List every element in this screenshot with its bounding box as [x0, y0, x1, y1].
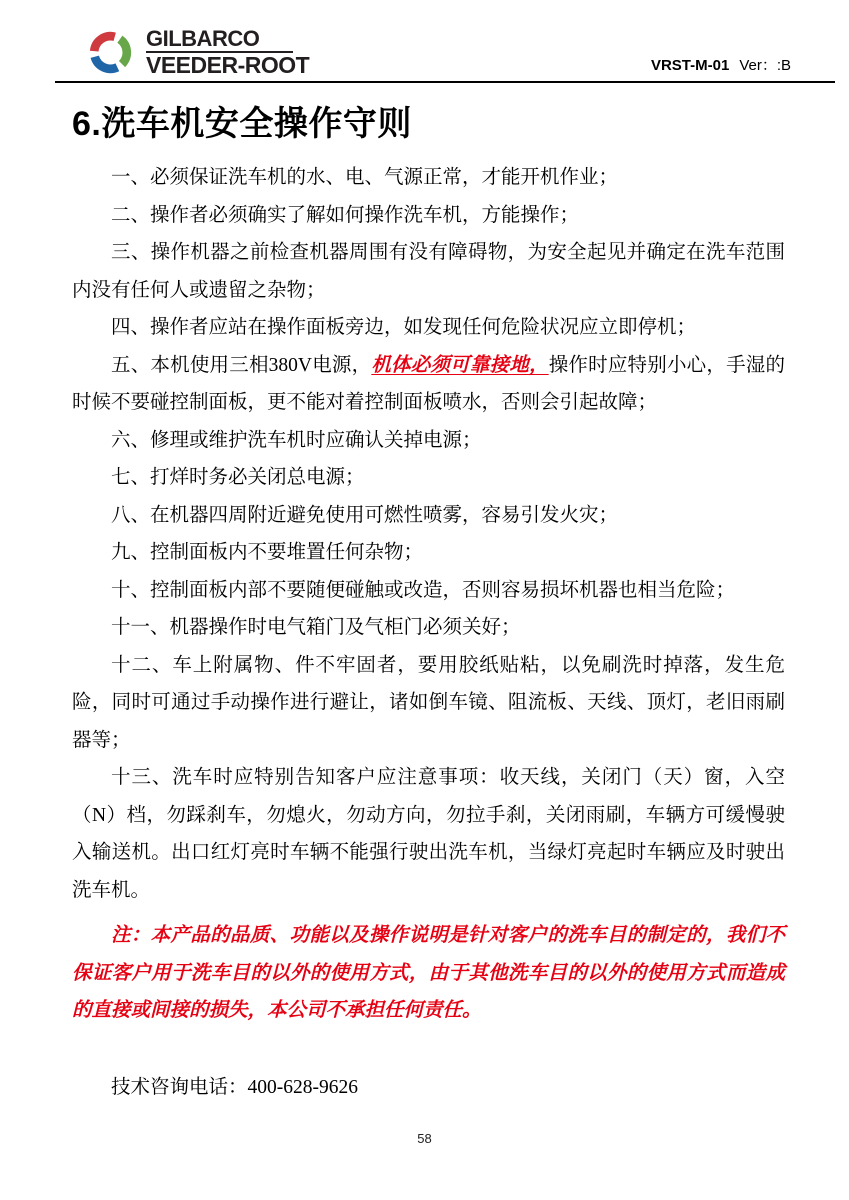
rule-item-3: 三、操作机器之前检查机器周围有没有障碍物，为安全起见并确定在洗车范围内没有任何人… [72, 234, 785, 309]
page-content: 6.洗车机安全操作守则 一、必须保证洗车机的水、电、气源正常，才能开机作业； 二… [0, 96, 849, 1106]
document-page: GILBARCO VEEDER-ROOT VRST-M-01Ver：:B 6.洗… [0, 0, 849, 1200]
rule-item-7: 七、打烊时务必关闭总电源； [72, 459, 785, 497]
liability-note: 注：本产品的品质、功能以及操作说明是针对客户的洗车目的制定的，我们不保证客户用于… [72, 917, 785, 1030]
rule-item-12: 十二、车上附属物、件不牢固者，要用胶纸贴粘，以免刷洗时掉落，发生危险，同时可通过… [72, 647, 785, 760]
rule-item-5: 五、本机使用三相380V电源，机体必须可靠接地，操作时应特别小心，手湿的时候不要… [72, 347, 785, 422]
document-code: VRST-M-01Ver：:B [651, 54, 791, 79]
rule-item-13: 十三、洗车时应特别告知客户应注意事项：收天线，关闭门（天）窗，入空（N）档，勿踩… [72, 759, 785, 909]
logo-mark-icon [83, 26, 138, 79]
safety-rules-list: 一、必须保证洗车机的水、电、气源正常，才能开机作业； 二、操作者必须确实了解如何… [72, 159, 785, 1106]
support-phone-line: 技术咨询电话：400-628-9626 [72, 1069, 785, 1107]
logo-text-gilbarco: GILBARCO [146, 28, 293, 53]
rule-item-4: 四、操作者应站在操作面板旁边，如发现任何危险状况应立即停机； [72, 309, 785, 347]
rule-item-8: 八、在机器四周附近避免使用可燃性喷雾，容易引发火灾； [72, 497, 785, 535]
doc-code-value: VRST-M-01 [651, 57, 729, 74]
logo-wordmark: GILBARCO VEEDER-ROOT [146, 28, 309, 78]
rule-item-11: 十一、机器操作时电气箱门及气柜门必须关好； [72, 609, 785, 647]
page-title: 6.洗车机安全操作守则 [72, 96, 785, 145]
rule-item-10: 十、控制面板内部不要随便碰触或改造，否则容易损坏机器也相当危险； [72, 572, 785, 610]
rule-item-5-grounding-warning: 机体必须可靠接地， [371, 355, 548, 376]
page-header: GILBARCO VEEDER-ROOT VRST-M-01Ver：:B [83, 26, 791, 79]
rule-item-2: 二、操作者必须确实了解如何操作洗车机，方能操作； [72, 197, 785, 235]
rule-item-5-prefix: 五、本机使用三相380V电源， [111, 355, 371, 376]
page-footer: 58 [0, 1131, 849, 1146]
rule-item-9: 九、控制面板内不要堆置任何杂物； [72, 534, 785, 572]
rule-item-1: 一、必须保证洗车机的水、电、气源正常，才能开机作业； [72, 159, 785, 197]
logo-text-veeder-root: VEEDER-ROOT [146, 54, 309, 77]
header-rule [55, 81, 835, 83]
doc-version-label: Ver：:B [739, 57, 791, 74]
gilbarco-veeder-root-logo: GILBARCO VEEDER-ROOT [83, 26, 309, 79]
rule-item-6: 六、修理或维护洗车机时应确认关掉电源； [72, 422, 785, 460]
page-number: 58 [417, 1131, 431, 1146]
